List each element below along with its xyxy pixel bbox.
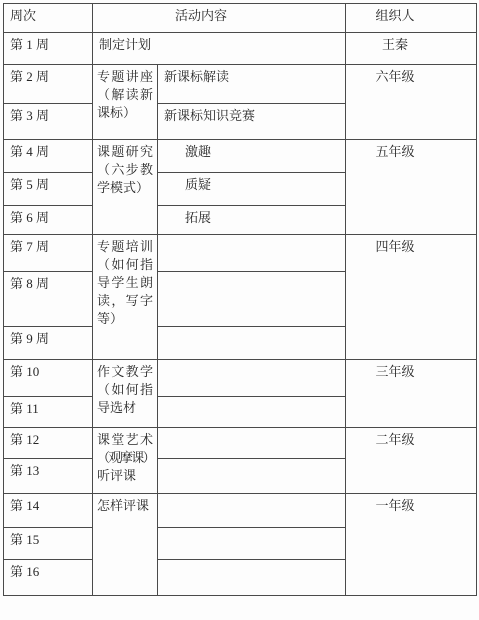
activity-item-cell: [158, 494, 346, 528]
activity-group-cell: 课堂艺术 （观摩课） 听评课: [93, 428, 158, 494]
week-cell: 第 14: [4, 494, 93, 528]
activity-item-cell: 激趣: [158, 140, 346, 173]
organizer-cell: 一年级: [346, 494, 477, 596]
table-row: 第 10 作文教学（如何指导选材 三年级: [4, 360, 477, 397]
table-row: 第 12 课堂艺术 （观摩课） 听评课 二年级: [4, 428, 477, 459]
week-cell: 第 8 周: [4, 272, 93, 327]
week-cell: 第 4 周: [4, 140, 93, 173]
activity-item-cell: [158, 235, 346, 272]
activity-cell: 制定计划: [93, 33, 346, 65]
activity-item-cell: [158, 560, 346, 596]
activity-item-cell: 质疑: [158, 173, 346, 206]
organizer-cell: 二年级: [346, 428, 477, 494]
organizer-cell: 六年级: [346, 65, 477, 140]
organizer-cell: 三年级: [346, 360, 477, 428]
activity-item-cell: 新课标解读: [158, 65, 346, 104]
table-row: 第 2 周 专题讲座（解读新课标） 新课标解读 六年级: [4, 65, 477, 104]
week-cell: 第 16: [4, 560, 93, 596]
week-cell: 第 13: [4, 459, 93, 494]
activity-item-cell: [158, 428, 346, 459]
week-cell: 第 15: [4, 528, 93, 560]
activity-item-cell: [158, 459, 346, 494]
week-cell: 第 5 周: [4, 173, 93, 206]
activity-group-cell: 怎样评课: [93, 494, 158, 596]
activity-group-line: 课堂艺术: [97, 431, 153, 449]
document-page: { "colors": { "background": "#fdfdfd", "…: [0, 0, 479, 620]
organizer-cell: 王秦: [346, 33, 477, 65]
activity-group-cell: 作文教学（如何指导选材: [93, 360, 158, 428]
activity-item-cell: [158, 272, 346, 327]
week-cell: 第 6 周: [4, 206, 93, 235]
schedule-table: 周次 活动内容 组织人 第 1 周 制定计划 王秦 第 2 周 专题讲座（解读新…: [3, 3, 477, 596]
week-cell: 第 11: [4, 397, 93, 428]
table-row: 第 7 周 专题培训（如何指导学生朗读，写字等） 四年级: [4, 235, 477, 272]
table-row: 第 4 周 课题研究（六步教学模式） 激趣 五年级: [4, 140, 477, 173]
header-organizer-cell: 组织人: [346, 4, 477, 33]
activity-group-cell: 专题讲座（解读新课标）: [93, 65, 158, 140]
activity-group-cell: 专题培训（如何指导学生朗读，写字等）: [93, 235, 158, 360]
header-week-cell: 周次: [4, 4, 93, 33]
week-cell: 第 3 周: [4, 104, 93, 140]
activity-item-cell: 拓展: [158, 206, 346, 235]
table-row: 第 1 周 制定计划 王秦: [4, 33, 477, 65]
table-header-row: 周次 活动内容 组织人: [4, 4, 477, 33]
week-cell: 第 9 周: [4, 327, 93, 360]
activity-group-cell: 课题研究（六步教学模式）: [93, 140, 158, 235]
activity-group-line: 听评课: [97, 467, 153, 485]
activity-item-cell: [158, 528, 346, 560]
organizer-cell: 四年级: [346, 235, 477, 360]
week-cell: 第 7 周: [4, 235, 93, 272]
table-row: 第 14 怎样评课 一年级: [4, 494, 477, 528]
activity-item-cell: [158, 327, 346, 360]
activity-item-cell: [158, 360, 346, 397]
week-cell: 第 2 周: [4, 65, 93, 104]
activity-group-line: （观摩课）: [97, 449, 153, 467]
week-cell: 第 10: [4, 360, 93, 397]
header-activity-cell: 活动内容: [93, 4, 346, 33]
activity-item-cell: 新课标知识竞赛: [158, 104, 346, 140]
week-cell: 第 1 周: [4, 33, 93, 65]
activity-item-cell: [158, 397, 346, 428]
organizer-cell: 五年级: [346, 140, 477, 235]
week-cell: 第 12: [4, 428, 93, 459]
